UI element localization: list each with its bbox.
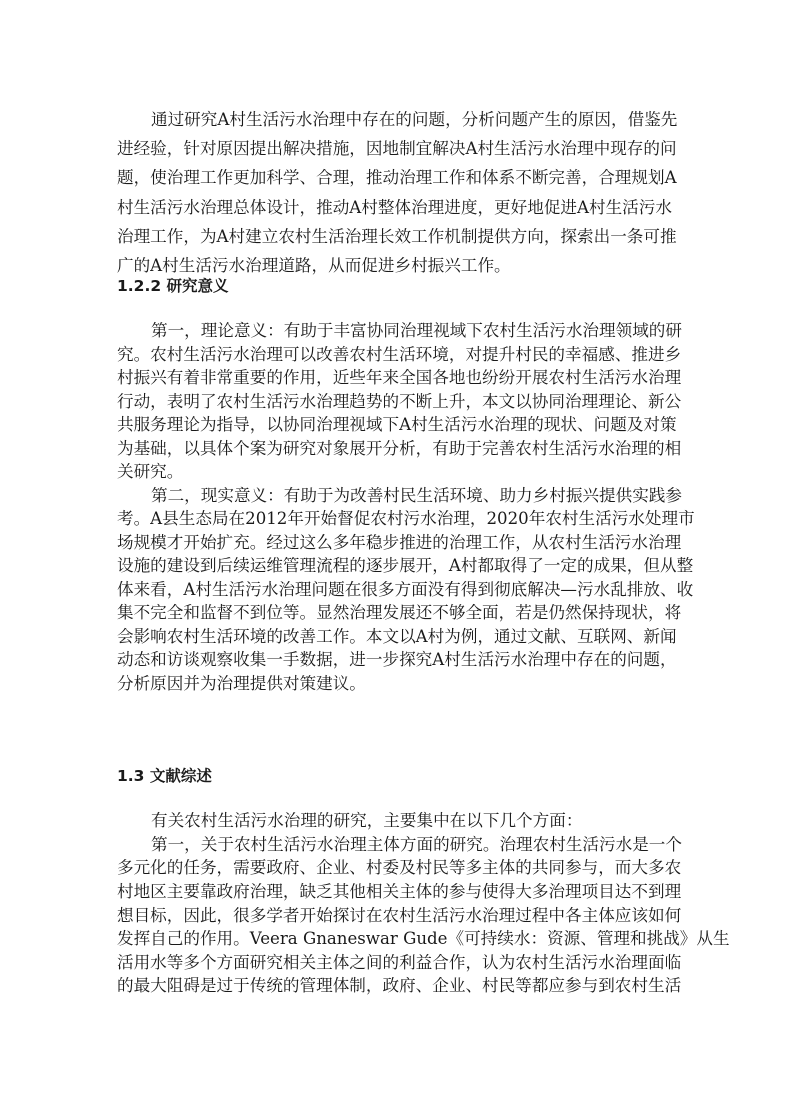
text-line: 村生活污水治理总体设计，推动A村整体治理进度，更好地促进A村生活污水 bbox=[117, 198, 672, 218]
text-line: 集不完全和监督不到位等。显然治理发展还不够全面，若是仍然保持现状，将 bbox=[117, 603, 681, 623]
text-line: 究。农村生活污水治理可以改善农村生活环境，对提升村民的幸福感、推进乡 bbox=[117, 345, 681, 365]
text-line: 第一，理论意义：有助于丰富协同治理视域下农村生活污水治理领域的研 bbox=[151, 321, 682, 341]
text-line: 体来看，A村生活污水治理问题在很多方面没有得到彻底解决—污水乱排放、收 bbox=[117, 580, 693, 600]
text-line: 发挥自己的作用。Veera Gnaneswar Gude《可持续水：资源、管理和… bbox=[117, 929, 730, 949]
text-line: 村振兴有着非常重要的作用，近些年来全国各地也纷纷开展农村生活污水治理 bbox=[117, 368, 681, 388]
text-line: 的最大阻碍是过于传统的管理体制，政府、企业、村民等都应参与到农村生活 bbox=[117, 976, 681, 996]
text-line: 第一，关于农村生活污水治理主体方面的研究。治理农村生活污水是一个 bbox=[151, 835, 682, 855]
text-line: 动态和访谈观察收集一手数据，进一步探究A村生活污水治理中存在的问题， bbox=[117, 650, 677, 670]
text-line: 考。A县生态局在2012年开始督促农村污水治理，2020年农村生活污水处理市 bbox=[117, 509, 695, 529]
text-line: 活用水等多个方面研究相关主体之间的利益合作，认为农村生活污水治理面临 bbox=[117, 953, 681, 973]
section-heading-1-2-2: 1.2.2 研究意义 bbox=[117, 276, 229, 296]
text-line: 场规模才开始扩充。经过这么多年稳步推进的治理工作，从农村生活污水治理 bbox=[117, 533, 681, 553]
text-line: 分析原因并为治理提供对策建议。 bbox=[117, 674, 366, 694]
text-line: 题，使治理工作更加科学、合理，推动治理工作和体系不断完善，合理规划A bbox=[117, 168, 677, 188]
text-line: 通过研究A村生活污水治理中存在的问题，分析问题产生的原因，借鉴先 bbox=[151, 110, 677, 130]
text-line: 广的A村生活污水治理道路，从而促进乡村振兴工作。 bbox=[117, 256, 511, 276]
text-line: 村地区主要靠政府治理，缺乏其他相关主体的参与使得大多治理项目达不到理 bbox=[117, 882, 681, 902]
text-line: 共服务理论为指导，以协同治理视域下A村生活污水治理的现状、问题及对策 bbox=[117, 415, 677, 435]
text-line: 关研究。 bbox=[117, 462, 183, 482]
text-line: 治理工作，为A村建立农村生活治理长效工作机制提供方向，探索出一条可推 bbox=[117, 227, 677, 247]
text-line: 想目标，因此，很多学者开始探讨在农村生活污水治理过程中各主体应该如何 bbox=[117, 906, 681, 926]
text-line: 为基础，以具体个案为研究对象展开分析，有助于完善农村生活污水治理的相 bbox=[117, 439, 681, 459]
text-line: 有关农村生活污水治理的研究，主要集中在以下几个方面： bbox=[151, 811, 582, 831]
text-line: 行动，表明了农村生活污水治理趋势的不断上升，本文以协同治理理论、新公 bbox=[117, 392, 681, 412]
text-line: 进经验，针对原因提出解决措施，因地制宜解决A村生活污水治理中现存的问 bbox=[117, 139, 677, 159]
text-line: 第二，现实意义：有助于为改善村民生活环境、助力乡村振兴提供实践参 bbox=[151, 486, 682, 506]
text-line: 会影响农村生活环境的改善工作。本文以A村为例，通过文献、互联网、新闻 bbox=[117, 627, 677, 647]
text-line: 设施的建设到后续运维管理流程的逐步展开，A村都取得了一定的成果，但从整 bbox=[117, 556, 693, 576]
text-line: 多元化的任务，需要政府、企业、村委及村民等多主体的共同参与，而大多农 bbox=[117, 858, 681, 878]
section-heading-1-3: 1.3 文献综述 bbox=[117, 766, 212, 786]
